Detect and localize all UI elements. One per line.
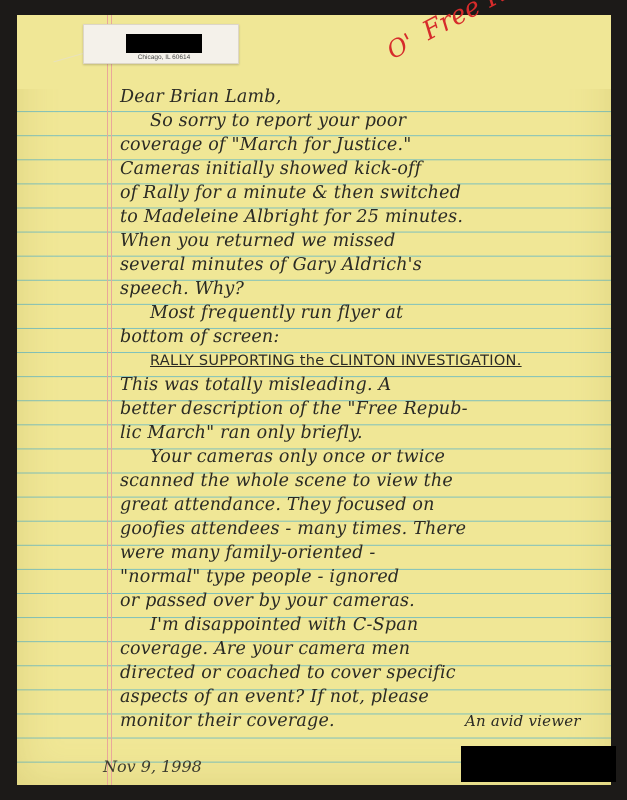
letter-line: speech. Why?	[120, 277, 244, 301]
letter-line: This was totally misleading. A	[120, 373, 391, 397]
salutation: Dear Brian Lamb,	[120, 85, 281, 109]
letter-line: several minutes of Gary Aldrich's	[120, 253, 422, 277]
flyer-quote: RALLY SUPPORTING the CLINTON INVESTIGATI…	[120, 349, 522, 373]
letter-line: "normal" type people - ignored	[120, 565, 399, 589]
letter-line: were many family-oriented -	[120, 541, 375, 565]
letter-line: scanned the whole scene to view the	[120, 469, 453, 493]
letter-line: great attendance. They focused on	[120, 493, 435, 517]
name-redaction	[126, 34, 202, 53]
signature-redaction	[461, 746, 616, 782]
letter-line: lic March" ran only briefly.	[120, 421, 363, 445]
letter-line: coverage. Are your camera men	[120, 637, 410, 661]
letter-date: Nov 9, 1998	[103, 757, 202, 776]
letter-line: I'm disappointed with C-Span	[120, 613, 418, 637]
margin-line-left	[107, 15, 108, 785]
margin-line-right	[111, 15, 112, 785]
letter-line: When you returned we missed	[120, 229, 396, 253]
letter-line: bottom of screen:	[120, 325, 280, 349]
letter-line: directed or coached to cover specific	[120, 661, 456, 685]
letter-line: Your cameras only once or twice	[120, 445, 445, 469]
letter-line: better description of the "Free Repub-	[120, 397, 468, 421]
letter-line: to Madeleine Albright for 25 minutes.	[120, 205, 463, 229]
letter-line: So sorry to report your poor	[120, 109, 406, 133]
letter-line: or passed over by your cameras.	[120, 589, 415, 613]
letter-line: Most frequently run flyer at	[120, 301, 403, 325]
letter-line: Cameras initially showed kick-off	[120, 157, 421, 181]
signoff: An avid viewer	[465, 709, 581, 733]
address-label: Chicago, IL 60614	[83, 24, 239, 64]
letter-line: coverage of "March for Justice."	[120, 133, 411, 157]
letter-line: aspects of an event? If not, please	[120, 685, 429, 709]
address-city: Chicago, IL 60614	[114, 54, 214, 61]
letter-line: goofies attendees - many times. There	[120, 517, 466, 541]
letter-line: of Rally for a minute & then switched	[120, 181, 461, 205]
letter-line: monitor their coverage.	[120, 709, 335, 733]
